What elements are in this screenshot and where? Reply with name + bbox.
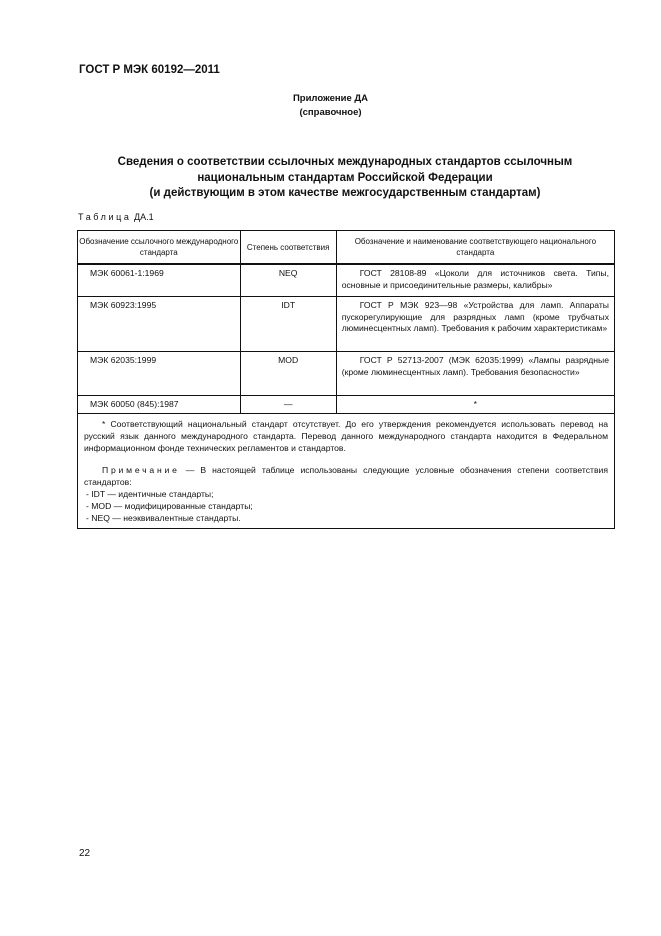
table-caption: Таблица ДА.1 xyxy=(78,212,154,222)
column-header-national-standard: Обозначение и наименование соответствующ… xyxy=(336,231,614,265)
table-header-row: Обозначение ссылочного международного ст… xyxy=(78,231,615,265)
cell-national-standard: ГОСТ Р 52713-2007 (МЭК 62035:1999) «Ламп… xyxy=(336,352,614,396)
note-item-mod: - MOD — модифицированные стандарты; xyxy=(86,500,608,512)
table-row: МЭК 60050 (845):1987 — * xyxy=(78,396,615,414)
note-item-idt: - IDT — идентичные стандарты; xyxy=(86,488,608,500)
cell-degree: IDT xyxy=(240,297,336,352)
cell-intl-standard: МЭК 60050 (845):1987 xyxy=(78,396,241,414)
cell-degree: NEQ xyxy=(240,264,336,297)
table-notes-cell: * Соответствующий национальный стандарт … xyxy=(78,414,615,529)
section-title-line-2: национальным стандартам Российской Федер… xyxy=(80,171,610,187)
appendix-heading: Приложение ДА (справочное) xyxy=(0,92,661,120)
table-row: МЭК 60061-1:1969 NEQ ГОСТ 28108-89 «Цоко… xyxy=(78,264,615,297)
footnote: * Соответствующий национальный стандарт … xyxy=(84,418,608,454)
cell-national-standard: ГОСТ Р МЭК 923—98 «Устройства для ламп. … xyxy=(336,297,614,352)
cell-intl-standard: МЭК 60923:1995 xyxy=(78,297,241,352)
cell-degree: — xyxy=(240,396,336,414)
cell-degree: MOD xyxy=(240,352,336,396)
standards-correspondence-table: Обозначение ссылочного международного ст… xyxy=(77,230,615,529)
note: Примечание — В настоящей таблице использ… xyxy=(84,464,608,488)
table-notes-row: * Соответствующий национальный стандарт … xyxy=(78,414,615,529)
cell-intl-standard: МЭК 62035:1999 xyxy=(78,352,241,396)
appendix-subtitle: (справочное) xyxy=(0,106,661,120)
cell-intl-standard: МЭК 60061-1:1969 xyxy=(78,264,241,297)
note-label: Примечание xyxy=(102,465,180,475)
table-row: МЭК 60923:1995 IDT ГОСТ Р МЭК 923—98 «Ус… xyxy=(78,297,615,352)
section-title: Сведения о соответствии ссылочных междун… xyxy=(80,155,610,202)
cell-national-standard: * xyxy=(336,396,614,414)
table-row: МЭК 62035:1999 MOD ГОСТ Р 52713-2007 (МЭ… xyxy=(78,352,615,396)
appendix-title: Приложение ДА xyxy=(0,92,661,106)
note-item-neq: - NEQ — неэквивалентные стандарты. xyxy=(86,512,608,524)
document-code: ГОСТ Р МЭК 60192—2011 xyxy=(79,64,220,76)
column-header-intl-standard: Обозначение ссылочного международного ст… xyxy=(78,231,241,265)
page-number: 22 xyxy=(79,848,90,859)
section-title-line-3: (и действующим в этом качестве межгосуда… xyxy=(80,186,610,202)
table-caption-id: ДА.1 xyxy=(134,212,154,222)
cell-national-standard: ГОСТ 28108-89 «Цоколи для источников све… xyxy=(336,264,614,297)
table-caption-word: Таблица xyxy=(78,212,132,222)
section-title-line-1: Сведения о соответствии ссылочных междун… xyxy=(80,155,610,171)
column-header-degree: Степень соответствия xyxy=(240,231,336,265)
